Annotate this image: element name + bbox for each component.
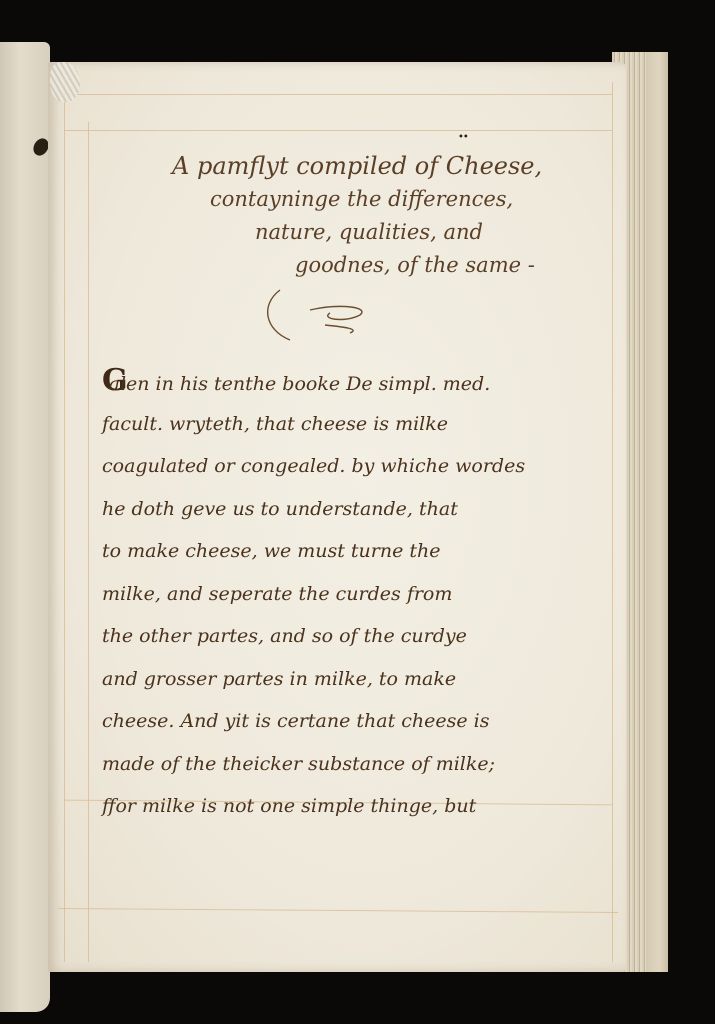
facing-page-edge [0, 42, 50, 1012]
title-line: contayninge the differences, [210, 183, 610, 216]
body-line: cheese. And yit is certane that cheese i… [102, 700, 607, 743]
body-line: coagulated or congealed. by whiche worde… [102, 445, 607, 488]
title-line: A pamflyt compiled of Cheese, [172, 150, 610, 183]
body-line-text: alen in his tenthe booke De simpl. med. [109, 373, 491, 395]
body-line: the other partes, and so of the curdye [102, 615, 607, 658]
manuscript-body: Galen in his tenthe booke De simpl. med.… [102, 360, 607, 828]
body-line: facult. wryteth, that cheese is milke [102, 403, 607, 446]
manuscript-title: A pamflyt compiled of Cheese, contayning… [130, 150, 610, 282]
inner-margin-rule [88, 122, 89, 962]
body-line: to make cheese, we must turne the [102, 530, 607, 573]
title-line: goodnes, of the same - [295, 249, 610, 282]
body-line: and grosser partes in milke, to make [102, 658, 607, 701]
top-rule-2 [64, 130, 612, 131]
left-margin-rule [64, 82, 65, 962]
tab-fragment [50, 62, 80, 102]
body-line: made of the theicker substance of milke; [102, 743, 607, 786]
body-line: milke, and seperate the curdes from [102, 573, 607, 616]
flourish-ornament [250, 285, 400, 345]
top-rule-1 [64, 94, 612, 95]
right-margin-rule [612, 82, 613, 962]
bottom-rule-2 [58, 908, 618, 913]
title-line: nature, qualities, and [255, 216, 610, 249]
body-line: ffor milke is not one simple thinge, but [102, 785, 607, 828]
body-line: Galen in his tenthe booke De simpl. med. [102, 360, 607, 403]
body-line: he doth geve us to understande, that [102, 488, 607, 531]
ink-dots: •• [458, 132, 468, 143]
